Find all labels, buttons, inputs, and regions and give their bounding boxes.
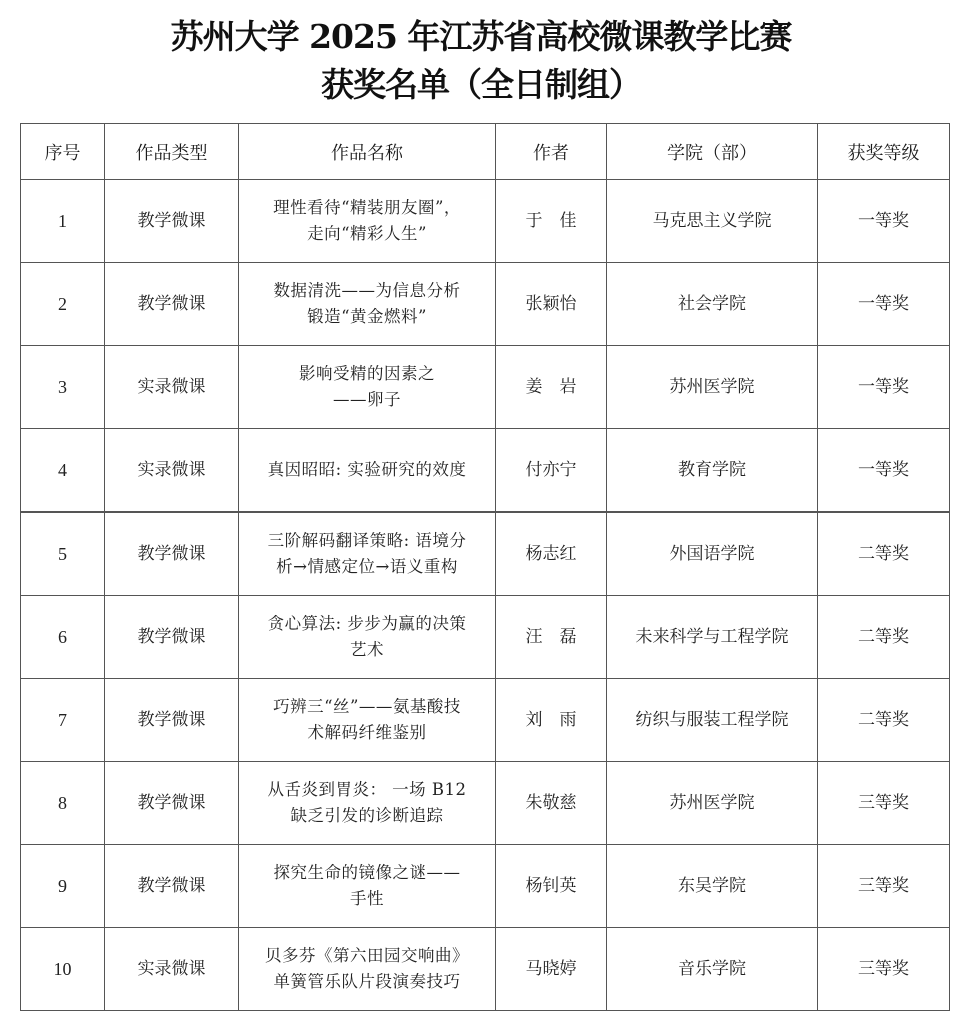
cell-type: 教学微课 [105,596,239,679]
header-no: 序号 [21,124,105,180]
work-name-line1: 理性看待“精装朋友圈”， [243,195,491,221]
cell-award: 一等奖 [818,429,950,513]
cell-college: 东吴学院 [607,845,818,928]
cell-award: 二等奖 [818,512,950,596]
cell-type: 实录微课 [105,429,239,513]
cell-work-name: 从舌炎到胃炎： 一场 B12缺乏引发的诊断追踪 [239,762,496,845]
cell-award: 三等奖 [818,928,950,1011]
cell-author: 马晓婷 [496,928,607,1011]
cell-type: 教学微课 [105,512,239,596]
cell-college: 未来科学与工程学院 [607,596,818,679]
work-name-line1: 贪心算法: 步步为赢的决策 [243,611,491,637]
cell-work-name: 巧辨三“丝”——氨基酸技术解码纤维鉴别 [239,679,496,762]
work-name-line2: 单簧管乐队片段演奏技巧 [243,969,491,995]
cell-college: 教育学院 [607,429,818,513]
header-work-name: 作品名称 [239,124,496,180]
work-name-line1: 数据清洗——为信息分析 [243,278,491,304]
work-name-line2: 锻造“黄金燃料” [243,304,491,330]
cell-college: 马克思主义学院 [607,180,818,263]
cell-type: 教学微课 [105,180,239,263]
table-row: 10 实录微课 贝多芬《第六田园交响曲》单簧管乐队片段演奏技巧 马晓婷 音乐学院… [21,928,950,1011]
cell-award: 二等奖 [818,679,950,762]
cell-author: 杨钊英 [496,845,607,928]
cell-no: 10 [21,928,105,1011]
cell-type: 教学微课 [105,679,239,762]
work-name-line1: 巧辨三“丝”——氨基酸技 [243,694,491,720]
table-row: 1 教学微课 理性看待“精装朋友圈”，走向“精彩人生” 于 佳 马克思主义学院 … [21,180,950,263]
table-row: 6 教学微课 贪心算法: 步步为赢的决策艺术 汪 磊 未来科学与工程学院 二等奖 [21,596,950,679]
document-title-line2: 获奖名单（全日制组） [0,64,962,106]
cell-award: 一等奖 [818,346,950,429]
work-name-line1: 从舌炎到胃炎： 一场 B12 [243,777,491,803]
cell-author: 于 佳 [496,180,607,263]
cell-no: 9 [21,845,105,928]
cell-award: 三等奖 [818,762,950,845]
cell-college: 苏州医学院 [607,346,818,429]
header-type: 作品类型 [105,124,239,180]
cell-author: 朱敬慈 [496,762,607,845]
work-name-line1: 贝多芬《第六田园交响曲》 [243,943,491,969]
cell-author: 汪 磊 [496,596,607,679]
work-name-line1: 三阶解码翻译策略: 语境分 [243,528,491,554]
cell-type: 教学微课 [105,263,239,346]
cell-work-name: 真因昭昭: 实验研究的效度 [239,429,496,513]
table-body: 1 教学微课 理性看待“精装朋友圈”，走向“精彩人生” 于 佳 马克思主义学院 … [21,180,950,1011]
work-name-line2: 术解码纤维鉴别 [243,720,491,746]
work-name-line2: 析→情感定位→语义重构 [243,554,491,580]
cell-type: 教学微课 [105,845,239,928]
work-name-line2: 走向“精彩人生” [243,221,491,247]
cell-no: 7 [21,679,105,762]
cell-no: 8 [21,762,105,845]
cell-work-name: 影响受精的因素之——卵子 [239,346,496,429]
work-name-line2: ——卵子 [243,387,491,413]
header-college: 学院（部） [607,124,818,180]
work-name-line1: 影响受精的因素之 [243,361,491,387]
awards-table: 序号 作品类型 作品名称 作者 学院（部） 获奖等级 1 教学微课 理性看待“精… [20,123,950,1011]
cell-work-name: 贪心算法: 步步为赢的决策艺术 [239,596,496,679]
work-name-line2: 艺术 [243,637,491,663]
cell-college: 苏州医学院 [607,762,818,845]
cell-work-name: 贝多芬《第六田园交响曲》单簧管乐队片段演奏技巧 [239,928,496,1011]
table-row: 8 教学微课 从舌炎到胃炎： 一场 B12缺乏引发的诊断追踪 朱敬慈 苏州医学院… [21,762,950,845]
work-name-line2: 手性 [243,886,491,912]
cell-work-name: 数据清洗——为信息分析锻造“黄金燃料” [239,263,496,346]
cell-author: 刘 雨 [496,679,607,762]
table-row: 2 教学微课 数据清洗——为信息分析锻造“黄金燃料” 张颖怡 社会学院 一等奖 [21,263,950,346]
cell-no: 2 [21,263,105,346]
cell-type: 教学微课 [105,762,239,845]
table-row: 9 教学微课 探究生命的镜像之谜——手性 杨钊英 东吴学院 三等奖 [21,845,950,928]
cell-award: 三等奖 [818,845,950,928]
cell-author: 付亦宁 [496,429,607,513]
cell-author: 杨志红 [496,512,607,596]
cell-author: 张颖怡 [496,263,607,346]
table-header-row: 序号 作品类型 作品名称 作者 学院（部） 获奖等级 [21,124,950,180]
cell-no: 1 [21,180,105,263]
cell-award: 一等奖 [818,180,950,263]
cell-no: 3 [21,346,105,429]
cell-no: 6 [21,596,105,679]
cell-type: 实录微课 [105,346,239,429]
cell-award: 一等奖 [818,263,950,346]
table-row: 4 实录微课 真因昭昭: 实验研究的效度 付亦宁 教育学院 一等奖 [21,429,950,513]
cell-work-name: 探究生命的镜像之谜——手性 [239,845,496,928]
cell-type: 实录微课 [105,928,239,1011]
cell-college: 社会学院 [607,263,818,346]
cell-work-name: 三阶解码翻译策略: 语境分析→情感定位→语义重构 [239,512,496,596]
cell-college: 音乐学院 [607,928,818,1011]
work-name-line1: 真因昭昭: 实验研究的效度 [243,457,491,483]
table-row: 7 教学微课 巧辨三“丝”——氨基酸技术解码纤维鉴别 刘 雨 纺织与服装工程学院… [21,679,950,762]
cell-no: 5 [21,512,105,596]
document-title-line1: 苏州大学 2025 年江苏省高校微课教学比赛 [0,16,962,58]
work-name-line1: 探究生命的镜像之谜—— [243,860,491,886]
cell-work-name: 理性看待“精装朋友圈”，走向“精彩人生” [239,180,496,263]
header-award: 获奖等级 [818,124,950,180]
cell-no: 4 [21,429,105,513]
cell-author: 姜 岩 [496,346,607,429]
cell-college: 纺织与服装工程学院 [607,679,818,762]
cell-college: 外国语学院 [607,512,818,596]
header-author: 作者 [496,124,607,180]
table-row: 5 教学微课 三阶解码翻译策略: 语境分析→情感定位→语义重构 杨志红 外国语学… [21,512,950,596]
work-name-line2: 缺乏引发的诊断追踪 [243,803,491,829]
table-row: 3 实录微课 影响受精的因素之——卵子 姜 岩 苏州医学院 一等奖 [21,346,950,429]
cell-award: 二等奖 [818,596,950,679]
